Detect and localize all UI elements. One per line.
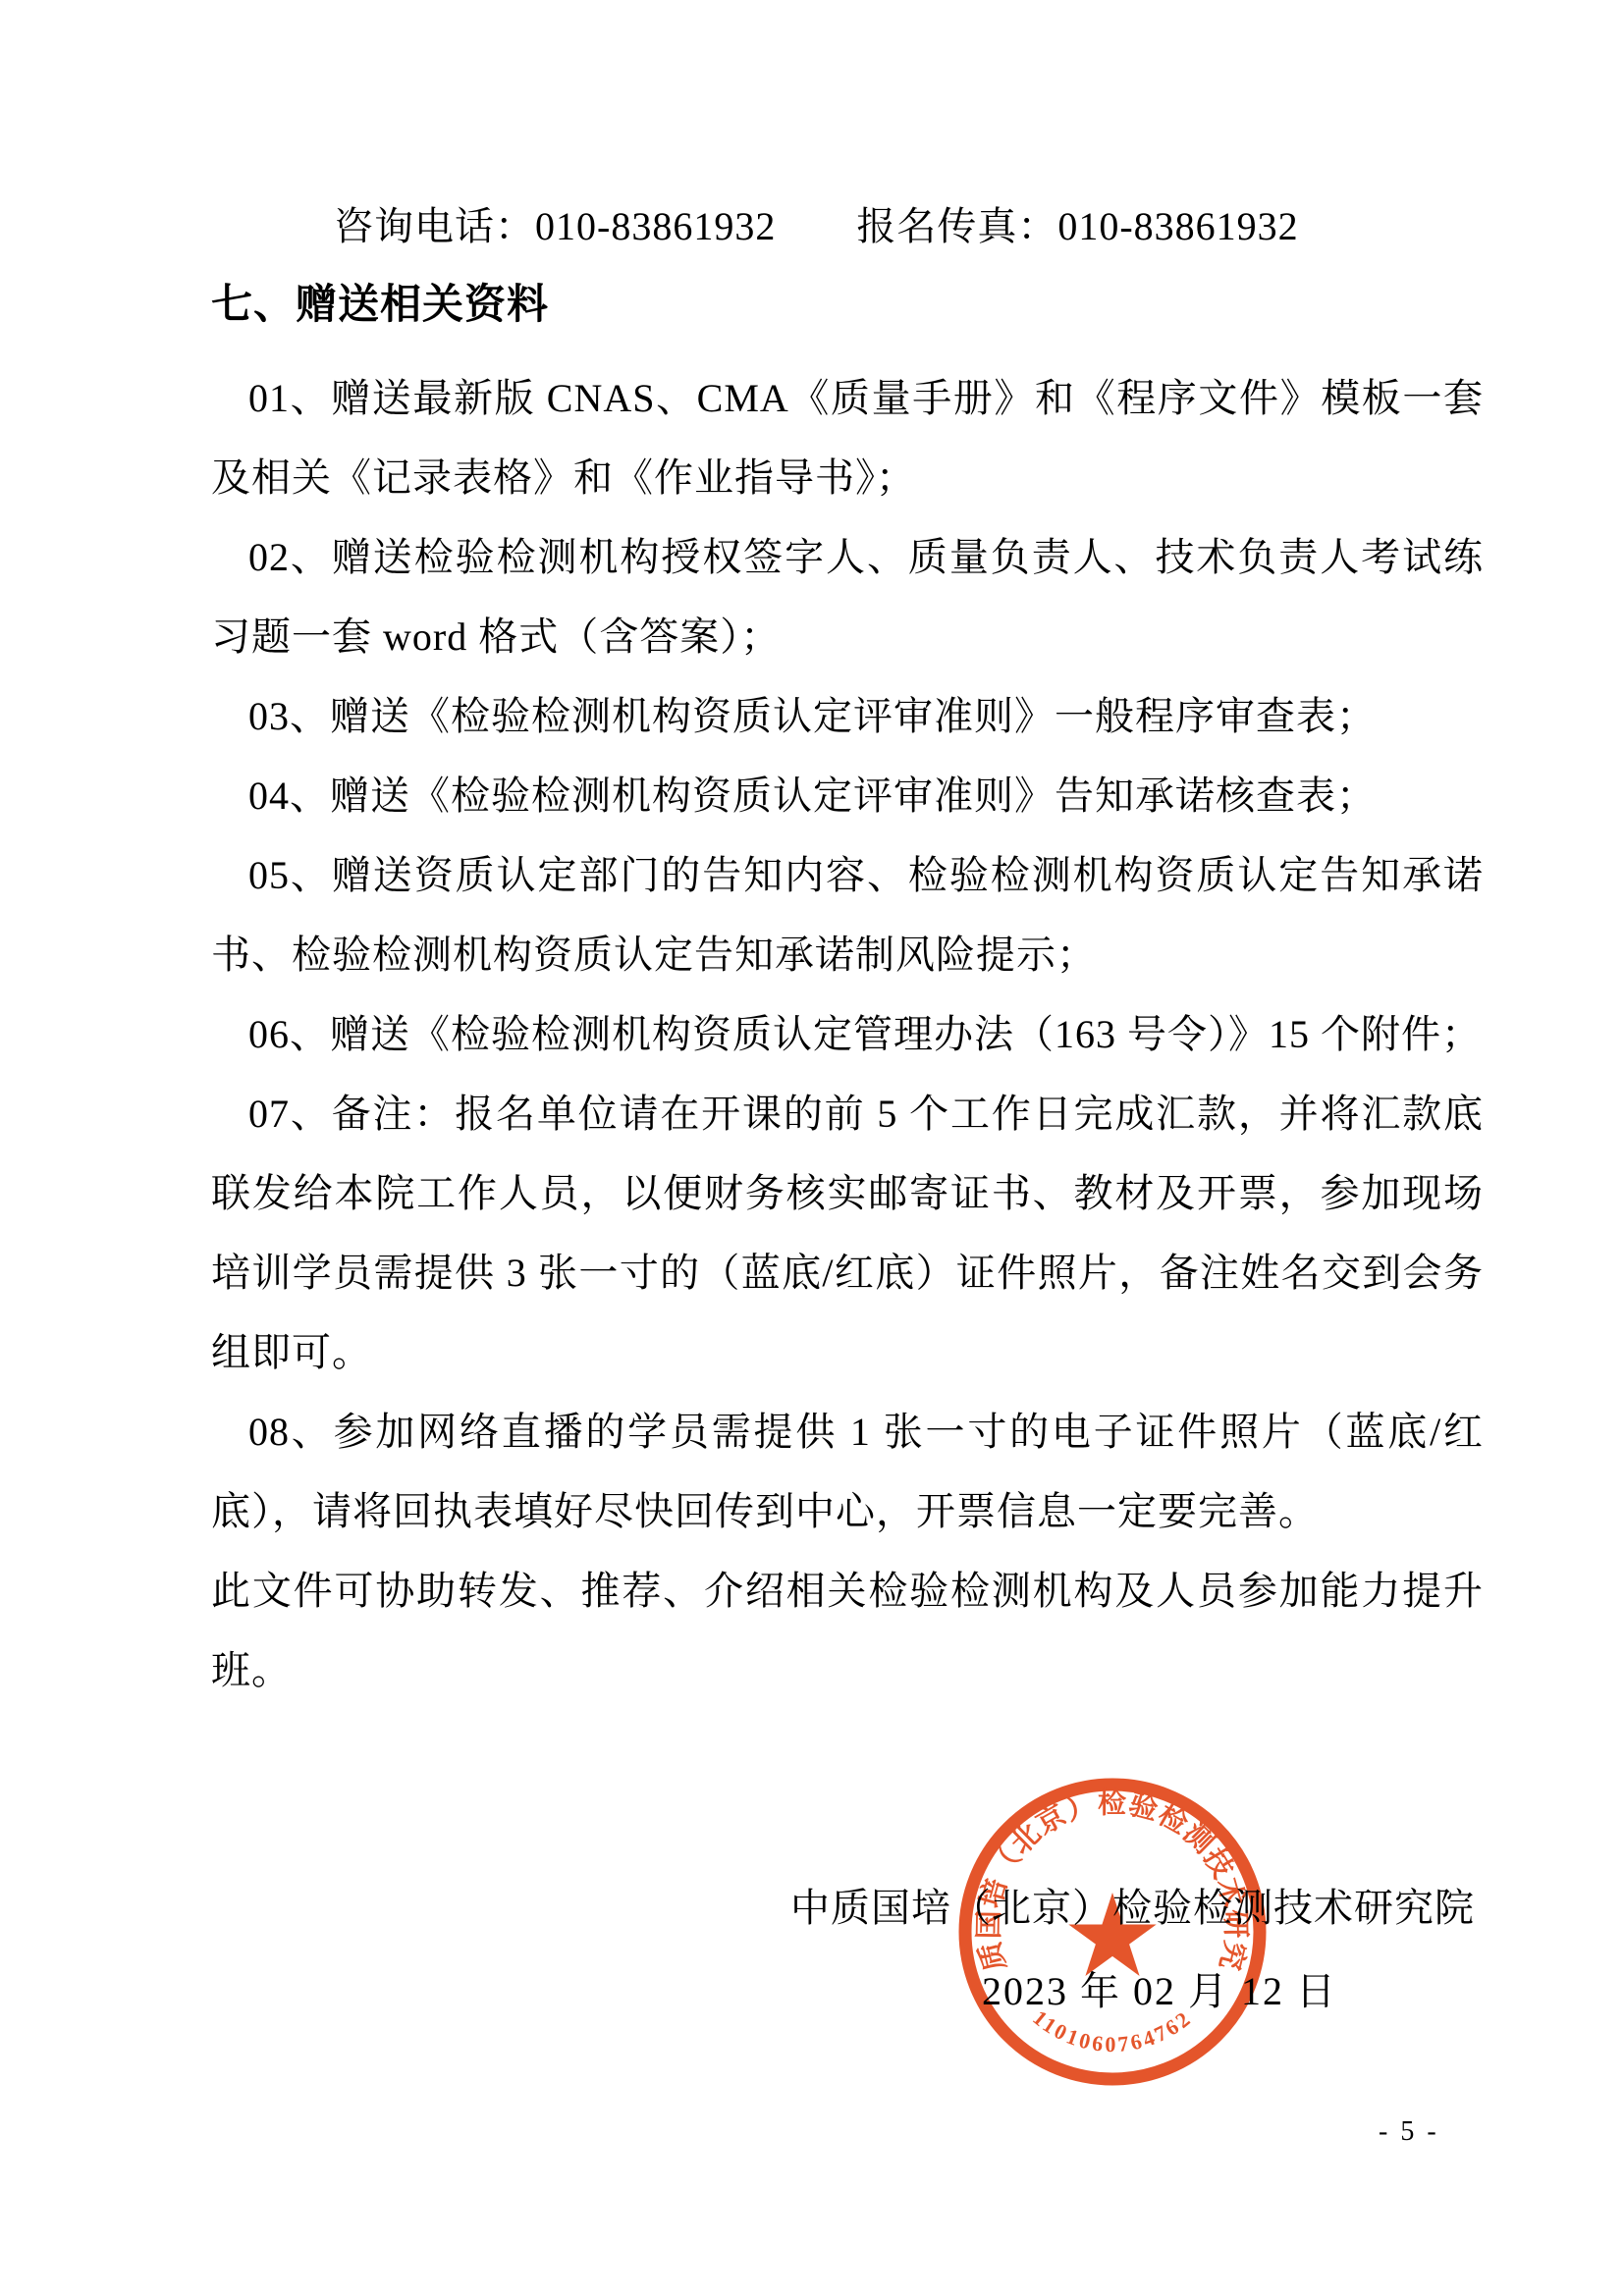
signature-date: 2023 年 02 月 12 日 xyxy=(982,1960,1337,2016)
list-item-05: 05、赠送资质认定部门的告知内容、检验检测机构资质认定告知承诺书、检验检测机构资… xyxy=(211,835,1484,994)
document-page: 咨询电话：010-83861932 报名传真：010-83861932 七、赠送… xyxy=(0,0,1624,2296)
list-item-01: 01、赠送最新版 CNAS、CMA《质量手册》和《程序文件》模板一套及相关《记录… xyxy=(211,358,1484,517)
list-item-04: 04、赠送《检验检测机构资质认定评审准则》告知承诺核查表； xyxy=(211,756,1484,835)
list-item-07: 07、备注：报名单位请在开课的前 5 个工作日完成汇款，并将汇款底联发给本院工作… xyxy=(211,1074,1484,1392)
list-item-02: 02、赠送检验检测机构授权签字人、质量负责人、技术负责人考试练习题一套 word… xyxy=(211,517,1484,676)
page-number: - 5 - xyxy=(1379,2116,1439,2148)
closing-line: 此文件可协助转发、推荐、介绍相关检验检测机构及人员参加能力提升班。 xyxy=(211,1551,1484,1710)
document-body: 咨询电话：010-83861932 报名传真：010-83861932 七、赠送… xyxy=(211,187,1484,1710)
list-item-08: 08、参加网络直播的学员需提供 1 张一寸的电子证件照片（蓝底/红底），请将回执… xyxy=(211,1392,1484,1551)
section-title: 七、赠送相关资料 xyxy=(211,266,1484,346)
gift-items-list: 01、赠送最新版 CNAS、CMA《质量手册》和《程序文件》模板一套及相关《记录… xyxy=(211,358,1484,1710)
list-item-06: 06、赠送《检验检测机构资质认定管理办法（163 号令）》15 个附件； xyxy=(211,994,1484,1074)
signature-organization: 中质国培（北京）检验检测技术研究院 xyxy=(790,1877,1475,1933)
contact-line: 咨询电话：010-83861932 报名传真：010-83861932 xyxy=(211,187,1484,266)
list-item-03: 03、赠送《检验检测机构资质认定评审准则》一般程序审查表； xyxy=(211,676,1484,756)
